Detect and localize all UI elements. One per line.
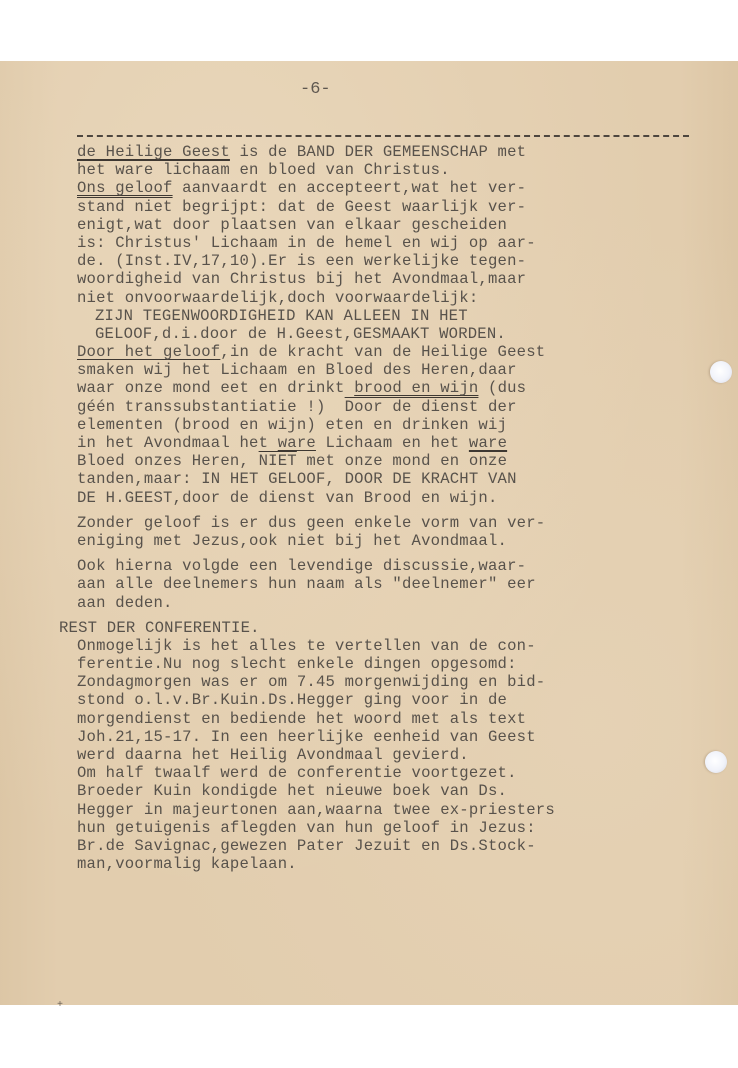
punch-hole-lower xyxy=(705,751,727,773)
text-segment: woordigheid van Christus bij het Avondma… xyxy=(77,270,526,288)
text-segment: stond o.l.v.Br.Kuin.Ds.Hegger ging voor … xyxy=(77,691,507,709)
page-number: -6- xyxy=(300,80,331,99)
emphasized-text: de Heilige Geest xyxy=(77,143,230,161)
text-segment: en bloed van Christus. xyxy=(230,161,450,179)
emphasized-text: NIET xyxy=(259,452,297,470)
text-segment: Zondagmorgen was er om 7.45 morgenwijdin… xyxy=(77,673,545,691)
text-segment: enigt,wat door plaatsen van elkaar gesch… xyxy=(77,216,507,234)
emphasized-text: ware xyxy=(278,434,316,452)
emphasized-text: Ons geloof xyxy=(77,179,173,197)
text-line: Onmogelijk is het alles te vertellen van… xyxy=(77,637,717,655)
text-segment: (dus xyxy=(478,379,526,397)
text-segment: aan deden. xyxy=(77,594,173,612)
text-line: het ware lichaam en bloed van Christus. xyxy=(77,161,717,179)
emphasized-text: Door de dienst xyxy=(345,398,479,416)
text-line: werd daarna het Heilig Avondmaal gevierd… xyxy=(77,746,717,764)
text-segment: hun getuigenis aflegden van hun geloof i… xyxy=(77,819,536,837)
paragraph-gap xyxy=(77,612,717,619)
text-segment: elementen (brood en wijn) eten en drinke… xyxy=(77,416,507,434)
text-line: Bloed onzes Heren, NIET met onze mond en… xyxy=(77,452,717,470)
text-line: aan deden. xyxy=(77,594,717,612)
section-heading: REST DER CONFERENTIE. xyxy=(59,619,717,637)
text-line: elementen (brood en wijn) eten en drinke… xyxy=(77,416,717,434)
text-line: Br.de Savignac,gewezen Pater Jezuit en D… xyxy=(77,837,717,855)
text-segment: DE H.GEEST,door de dienst van Brood en w… xyxy=(77,489,498,507)
text-segment: Joh.21,15-17. In een heerlijke eenheid v… xyxy=(77,728,536,746)
text-line: eniging met Jezus,ook niet bij het Avond… xyxy=(77,532,717,550)
text-line: stond o.l.v.Br.Kuin.Ds.Hegger ging voor … xyxy=(77,691,717,709)
text-line: de. (Inst.IV,17,10).Er is een werkelijke… xyxy=(77,252,717,270)
text-segment: man,voormalig kapelaan. xyxy=(77,855,297,873)
text-segment: is de BAND DER GEMEENSCHAP met xyxy=(230,143,526,161)
paragraph: Ook hierna volgde een levendige discussi… xyxy=(77,557,717,612)
text-segment: aanvaardt en accepteert,wat het ver- xyxy=(173,179,527,197)
text-segment: géén transsubstantiatie !) xyxy=(77,398,345,416)
text-segment: is: Christus' Lichaam in de hemel en wij… xyxy=(77,234,536,252)
margin-mark: + xyxy=(57,1000,63,1011)
text-line: man,voormalig kapelaan. xyxy=(77,855,717,873)
text-segment: Om half twaalf werd de conferentie voort… xyxy=(77,764,517,782)
paragraph-gap xyxy=(77,507,717,514)
text-segment: GELOOF,d.i.door de H.Geest,GESMAAKT WORD… xyxy=(95,325,506,343)
paragraph: REST DER CONFERENTIE.Onmogelijk is het a… xyxy=(77,619,717,874)
paragraph: de Heilige Geest is de BAND DER GEMEENSC… xyxy=(77,143,717,507)
text-line: géén transsubstantiatie !) Door de diens… xyxy=(77,398,717,416)
text-segment: tanden,maar: IN HET GELOOF, DOOR DE KRAC… xyxy=(77,470,517,488)
text-line: Zondagmorgen was er om 7.45 morgenwijdin… xyxy=(77,673,717,691)
text-line: Zonder geloof is er dus geen enkele vorm… xyxy=(77,514,717,532)
punch-hole-upper xyxy=(710,361,732,383)
text-segment: Zonder geloof is er dus geen enkele vorm… xyxy=(77,514,545,532)
emphasized-text: brood en wijn xyxy=(354,379,478,397)
text-line: tanden,maar: IN HET GELOOF, DOOR DE KRAC… xyxy=(77,470,717,488)
text-line: Om half twaalf werd de conferentie voort… xyxy=(77,764,717,782)
emphasized-text: ware xyxy=(469,434,507,452)
paragraph-gap xyxy=(77,550,717,557)
text-segment: REST DER CONFERENTIE. xyxy=(59,619,260,637)
text-line: de Heilige Geest is de BAND DER GEMEENSC… xyxy=(77,143,717,161)
text-segment: Broeder Kuin kondigde het nieuwe boek va… xyxy=(77,782,507,800)
text-segment: in het Avondmaal het xyxy=(77,434,278,452)
text-segment: begrijpt: dat de Geest waarlijk ver- xyxy=(173,198,527,216)
text-line: Broeder Kuin kondigde het nieuwe boek va… xyxy=(77,782,717,800)
text-line: ferentie.Nu nog slecht enkele dingen opg… xyxy=(77,655,717,673)
header-rule xyxy=(77,135,689,137)
text-segment: met onze mond en xyxy=(297,452,469,470)
text-segment: ZIJN TEGENWOORDIGHEID KAN ALLEEN IN HET xyxy=(95,307,468,325)
text-segment: Ook hierna volgde een levendige discussi… xyxy=(77,557,526,575)
text-segment: Bloed onzes Heren, xyxy=(77,452,259,470)
text-segment: Onmogelijk is het alles te vertellen van… xyxy=(77,637,536,655)
text-line: aan alle deelnemers hun naam als "deelne… xyxy=(77,575,717,593)
text-line: is: Christus' Lichaam in de hemel en wij… xyxy=(77,234,717,252)
text-segment: de. (Inst.IV,17,10).Er is een werkelijke… xyxy=(77,252,526,270)
text-segment: der xyxy=(478,398,516,416)
text-segment: Hegger in majeurtonen aan,waarna twee ex… xyxy=(77,801,555,819)
text-line: GELOOF,d.i.door de H.Geest,GESMAAKT WORD… xyxy=(77,325,717,343)
text-line: hun getuigenis aflegden van hun geloof i… xyxy=(77,819,717,837)
text-segment: morgendienst en bediende het woord met a… xyxy=(77,710,526,728)
text-line: Ons geloof aanvaardt en accepteert,wat h… xyxy=(77,179,717,197)
text-line: Joh.21,15-17. In een heerlijke eenheid v… xyxy=(77,728,717,746)
text-segment: waar onze mond eet en drinkt xyxy=(77,379,354,397)
text-line: Hegger in majeurtonen aan,waarna twee ex… xyxy=(77,801,717,819)
text-segment: eniging met Jezus,ook niet bij het Avond… xyxy=(77,532,507,550)
text-line: niet onvoorwaardelijk,doch voorwaardelij… xyxy=(77,289,717,307)
text-segment: ,in de kracht van de Heilige Geest xyxy=(220,343,545,361)
text-line: waar onze mond eet en drinkt brood en wi… xyxy=(77,379,717,397)
text-segment: niet onvoorwaardelijk,doch voorwaardelij… xyxy=(77,289,478,307)
emphasized-text: stand niet xyxy=(77,198,173,216)
text-segment: werd daarna het Heilig Avondmaal gevierd… xyxy=(77,746,469,764)
paragraph: Zonder geloof is er dus geen enkele vorm… xyxy=(77,514,717,550)
document-body: de Heilige Geest is de BAND DER GEMEENSC… xyxy=(77,143,717,873)
text-line: morgendienst en bediende het woord met a… xyxy=(77,710,717,728)
text-segment: Br.de Savignac,gewezen Pater Jezuit en D… xyxy=(77,837,536,855)
text-line: stand niet begrijpt: dat de Geest waarli… xyxy=(77,198,717,216)
text-line: enigt,wat door plaatsen van elkaar gesch… xyxy=(77,216,717,234)
emphasized-text: Door het geloof xyxy=(77,343,220,361)
emphasized-text: het ware lichaam xyxy=(77,161,230,179)
text-segment: ferentie.Nu nog slecht enkele dingen opg… xyxy=(77,655,517,673)
text-line: Ook hierna volgde een levendige discussi… xyxy=(77,557,717,575)
text-line: DE H.GEEST,door de dienst van Brood en w… xyxy=(77,489,717,507)
text-segment: smaken wij het Lichaam en Bloed des Here… xyxy=(77,361,517,379)
text-segment: Lichaam en het xyxy=(316,434,469,452)
text-line: woordigheid van Christus bij het Avondma… xyxy=(77,270,717,288)
text-line: Door het geloof,in de kracht van de Heil… xyxy=(77,343,717,361)
emphasized-text: onze xyxy=(469,452,507,470)
text-line: ZIJN TEGENWOORDIGHEID KAN ALLEEN IN HET xyxy=(77,307,717,325)
text-segment: aan alle deelnemers hun naam als "deelne… xyxy=(77,575,536,593)
text-line: in het Avondmaal het ware Lichaam en het… xyxy=(77,434,717,452)
text-line: smaken wij het Lichaam en Bloed des Here… xyxy=(77,361,717,379)
